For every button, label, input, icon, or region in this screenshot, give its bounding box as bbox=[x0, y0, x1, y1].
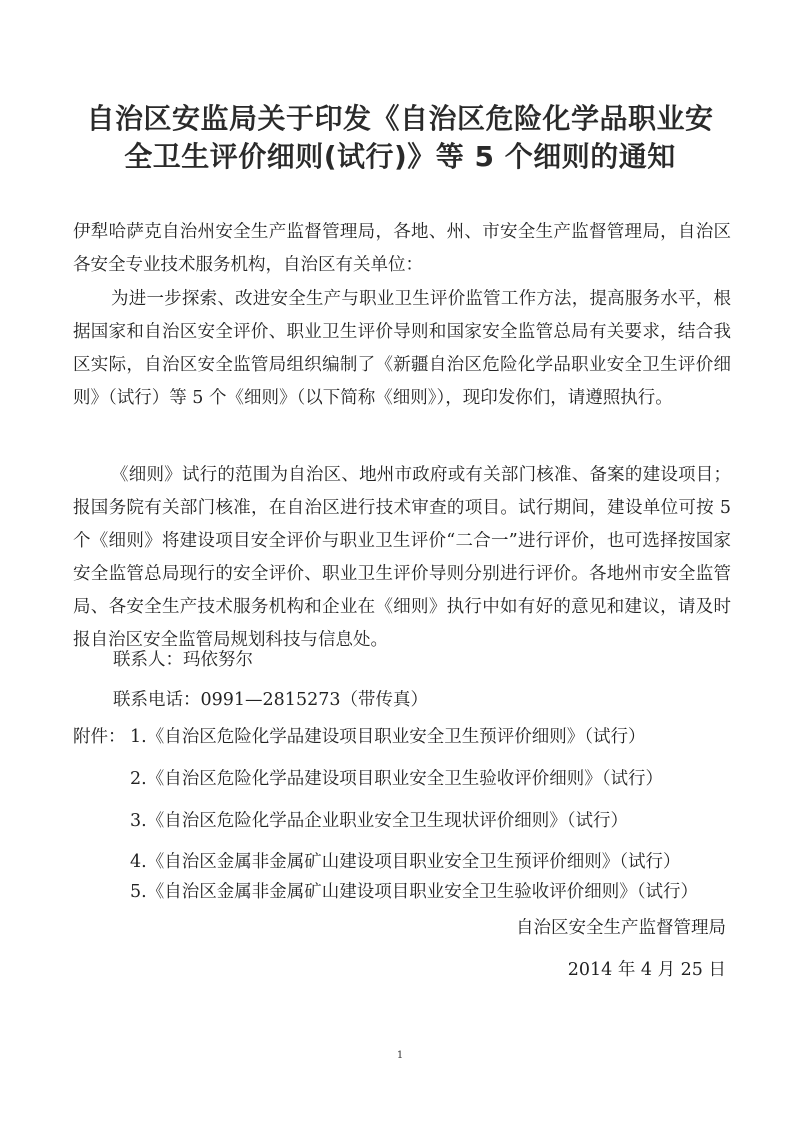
attachment-item-2: 2.《自治区危险化学品建设项目职业安全卫生验收评价细则》（试行） bbox=[130, 767, 663, 791]
document-page: 自治区安监局关于印发《自治区危险化学品职业安 全卫生评价细则(试行)》等 5 个… bbox=[0, 0, 800, 1131]
attachment-item-3: 3.《自治区危险化学品企业职业安全卫生现状评价细则》（试行） bbox=[130, 809, 628, 833]
attachments-label: 附件： bbox=[73, 725, 126, 749]
title-line-2: 全卫生评价细则(试行)》等 5 个细则的通知 bbox=[60, 138, 740, 176]
attachment-item-4: 4.《自治区金属非金属矿山建设项目职业安全卫生预评价细则》（试行） bbox=[130, 850, 680, 874]
contact-person: 联系人：玛依努尔 bbox=[113, 648, 253, 672]
paragraph-purpose: 为进一步探索、改进安全生产与职业卫生评价监管工作方法，提高服务水平，根据国家和自… bbox=[73, 283, 731, 415]
attachment-item-5: 5.《自治区金属非金属矿山建设项目职业安全卫生验收评价细则》（试行） bbox=[130, 880, 698, 904]
attachment-item-1: 1.《自治区危险化学品建设项目职业安全卫生预评价细则》（试行） bbox=[130, 725, 645, 749]
title-line-1: 自治区安监局关于印发《自治区危险化学品职业安 bbox=[60, 100, 740, 138]
contact-phone: 联系电话：0991—2815273（带传真） bbox=[113, 688, 428, 712]
salutation: 伊犁哈萨克自治州安全生产监督管理局，各地、州、市安全生产监督管理局，自治区各安全… bbox=[73, 216, 731, 282]
paragraph-scope: 《细则》试行的范围为自治区、地州市政府或有关部门核准、备案的建设项目；报国务院有… bbox=[73, 459, 731, 657]
signature-date: 2014 年 4 月 25 日 bbox=[568, 958, 726, 982]
signature-organization: 自治区安全生产监督管理局 bbox=[516, 916, 726, 940]
page-number: 1 bbox=[0, 1050, 800, 1061]
document-title: 自治区安监局关于印发《自治区危险化学品职业安 全卫生评价细则(试行)》等 5 个… bbox=[60, 100, 740, 176]
